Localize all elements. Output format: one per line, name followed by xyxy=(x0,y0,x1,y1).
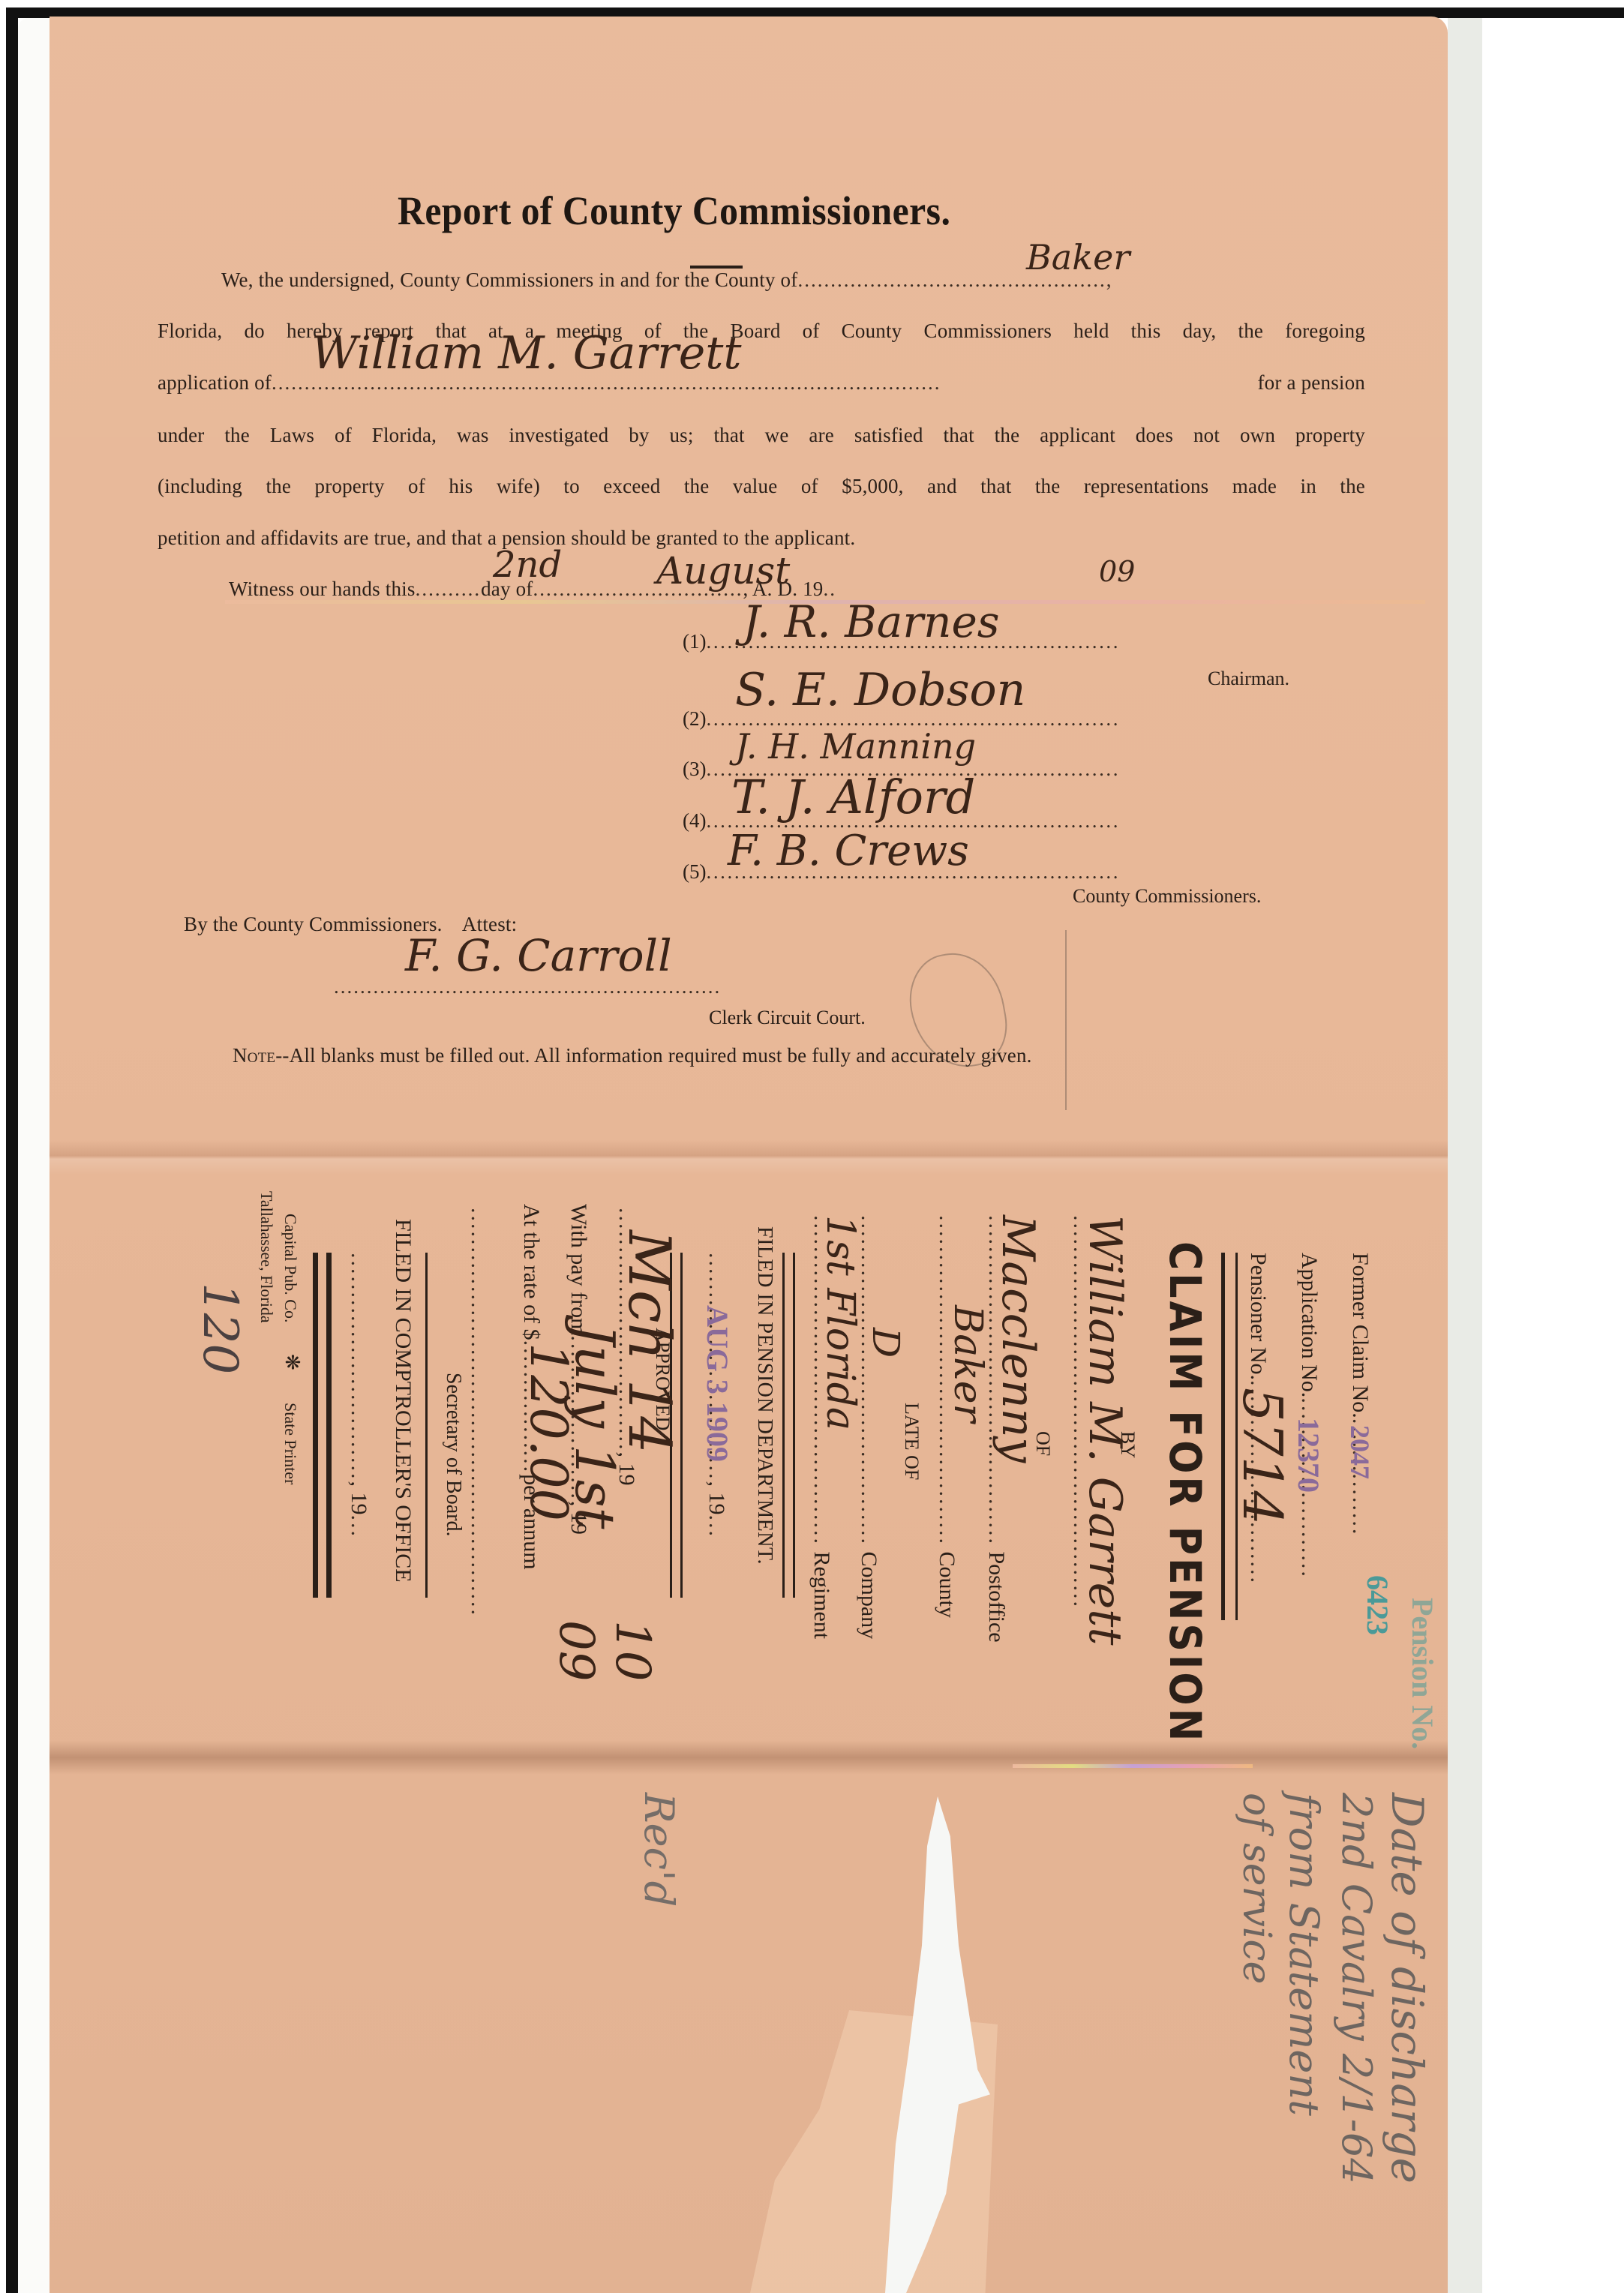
margin-note: 120 xyxy=(192,1283,248,1374)
printer-left: Capital Pub. Co. xyxy=(281,1214,300,1322)
chairman-label: Chairman. xyxy=(1208,668,1289,690)
witness-label: Witness our hands this xyxy=(229,578,416,600)
filed-pension-label: FILED IN PENSION DEPARTMENT. xyxy=(752,1226,776,1565)
pay-from-year: 09 xyxy=(548,1620,604,1681)
county-label: We, the undersigned, County Commissioner… xyxy=(221,269,797,291)
page-title: Report of County Commissioners. xyxy=(398,188,950,234)
former-claim-label: Former Claim No. xyxy=(1348,1253,1373,1418)
year-label: , 19 xyxy=(347,1481,371,1515)
application-no-value: 12370 xyxy=(1291,1418,1326,1493)
witness-year-value: 09 xyxy=(1099,555,1135,588)
signature-1: J. R. Barnes xyxy=(743,596,1000,647)
county-label: County xyxy=(935,1552,959,1618)
rule xyxy=(1221,1253,1225,1620)
printer-right: State Printer xyxy=(281,1403,300,1484)
pencil-note: of service xyxy=(1234,1793,1279,1984)
rule xyxy=(782,1253,795,1598)
claim-title: CLAIM FOR PENSION xyxy=(1160,1241,1211,1744)
county-value: Baker xyxy=(1026,237,1130,278)
postoffice-value: Macclenny xyxy=(992,1215,1044,1463)
scan-margin-right xyxy=(1448,18,1482,2293)
rule xyxy=(422,1253,428,1598)
scan-margin xyxy=(18,18,50,2293)
rate-value: 120.00 xyxy=(518,1343,578,1521)
report-line: under the Laws of Florida, was investiga… xyxy=(158,424,1365,446)
signature-4: T. J. Alford xyxy=(731,770,975,824)
state-seal-icon: ❋ xyxy=(281,1354,303,1370)
county-line: We, the undersigned, County Commissioner… xyxy=(221,269,1112,291)
signature-2: S. E. Dobson xyxy=(735,664,1025,716)
signature-3: J. H. Manning xyxy=(735,726,976,767)
signature-number: (2) xyxy=(683,707,706,730)
signature-number: (5) xyxy=(683,860,706,883)
signature-number: (4) xyxy=(683,809,706,832)
pencil-note: from Statement xyxy=(1280,1793,1328,2116)
pencil-note: 2nd Cavalry 2/1-64 xyxy=(1333,1793,1380,2184)
pension-no-stamp: 6423 xyxy=(1360,1575,1395,1635)
pencil-note: Rec'd xyxy=(635,1793,683,1907)
note-text: --All blanks must be filled out. All inf… xyxy=(275,1044,1031,1067)
application-no-row: Application No........................ xyxy=(1296,1253,1322,1579)
rule xyxy=(326,1253,332,1598)
report-line: (including the property of his wife) to … xyxy=(158,475,1365,497)
witness-month-value: August xyxy=(656,549,790,593)
filed-comptroller-label: FILED IN COMPTROLLER'S OFFICE xyxy=(390,1219,416,1583)
company-value: D xyxy=(864,1328,908,1358)
late-of-label: LATE OF xyxy=(900,1403,923,1480)
pensioner-label: Pensioner No. xyxy=(1246,1253,1271,1380)
pension-label: for a pension xyxy=(1257,371,1365,394)
pay-from-label: With pay from xyxy=(566,1204,591,1335)
secretary-row: ........................................… xyxy=(466,1208,491,1617)
printer-city: Tallahassee, Florida xyxy=(257,1191,276,1323)
pensioner-no-value: 5714 xyxy=(1231,1388,1294,1525)
signature-number: (1) xyxy=(683,630,706,653)
filed-pension-date-stamp: AUG 3 1909 xyxy=(700,1305,735,1462)
rule xyxy=(1232,1253,1238,1620)
county-value: Baker xyxy=(945,1305,990,1422)
former-claim-row: Former Claim No................ xyxy=(1347,1253,1373,1536)
pencil-mark xyxy=(1020,930,1067,1110)
county-commissioners-label: County Commissioners. xyxy=(1073,885,1261,908)
rate-label: At the rate of $ xyxy=(519,1204,544,1340)
postoffice-label: Postoffice xyxy=(984,1552,1009,1643)
claim-for-pension-panel: Pension No. 6423 Former Claim No........… xyxy=(210,1178,1440,1718)
approved-year: 10 xyxy=(605,1620,660,1681)
fold-line xyxy=(50,1140,1448,1175)
clerk-circuit-court-label: Clerk Circuit Court. xyxy=(709,1007,866,1029)
company-label: Company xyxy=(857,1552,881,1640)
pension-no-stamp-label: Pension No. xyxy=(1405,1598,1440,1749)
applicant-name-value: William M. Garrett xyxy=(311,327,742,380)
clerk-signature: F. G. Carroll xyxy=(405,930,672,981)
secretary-label: Secretary of Board. xyxy=(441,1373,465,1536)
note-line: Note--All blanks must be filled out. All… xyxy=(233,1044,1032,1067)
signature-5: F. B. Crews xyxy=(728,827,969,875)
former-claim-value: 2047 xyxy=(1344,1425,1376,1479)
note-label: Note xyxy=(233,1044,275,1067)
witness-day-value: 2nd xyxy=(493,544,562,586)
rule xyxy=(313,1253,318,1598)
applicant-label: application of xyxy=(158,371,272,394)
year-label: , 19 xyxy=(704,1481,729,1515)
pencil-note: Date of discharge xyxy=(1382,1793,1433,2183)
regiment-label: Regiment xyxy=(809,1552,834,1640)
scan-frame-left xyxy=(6,8,18,2293)
fold-line xyxy=(50,1740,1448,1775)
scan-glare xyxy=(1013,1764,1253,1768)
claimant-name: William M. Garrett xyxy=(1079,1215,1131,1646)
filed-comptroller-row: ............................., 19... xyxy=(346,1253,371,1538)
application-label: Application No. xyxy=(1297,1253,1322,1397)
regiment-value: 1st Florida xyxy=(818,1215,863,1430)
signature-number: (3) xyxy=(683,758,706,780)
